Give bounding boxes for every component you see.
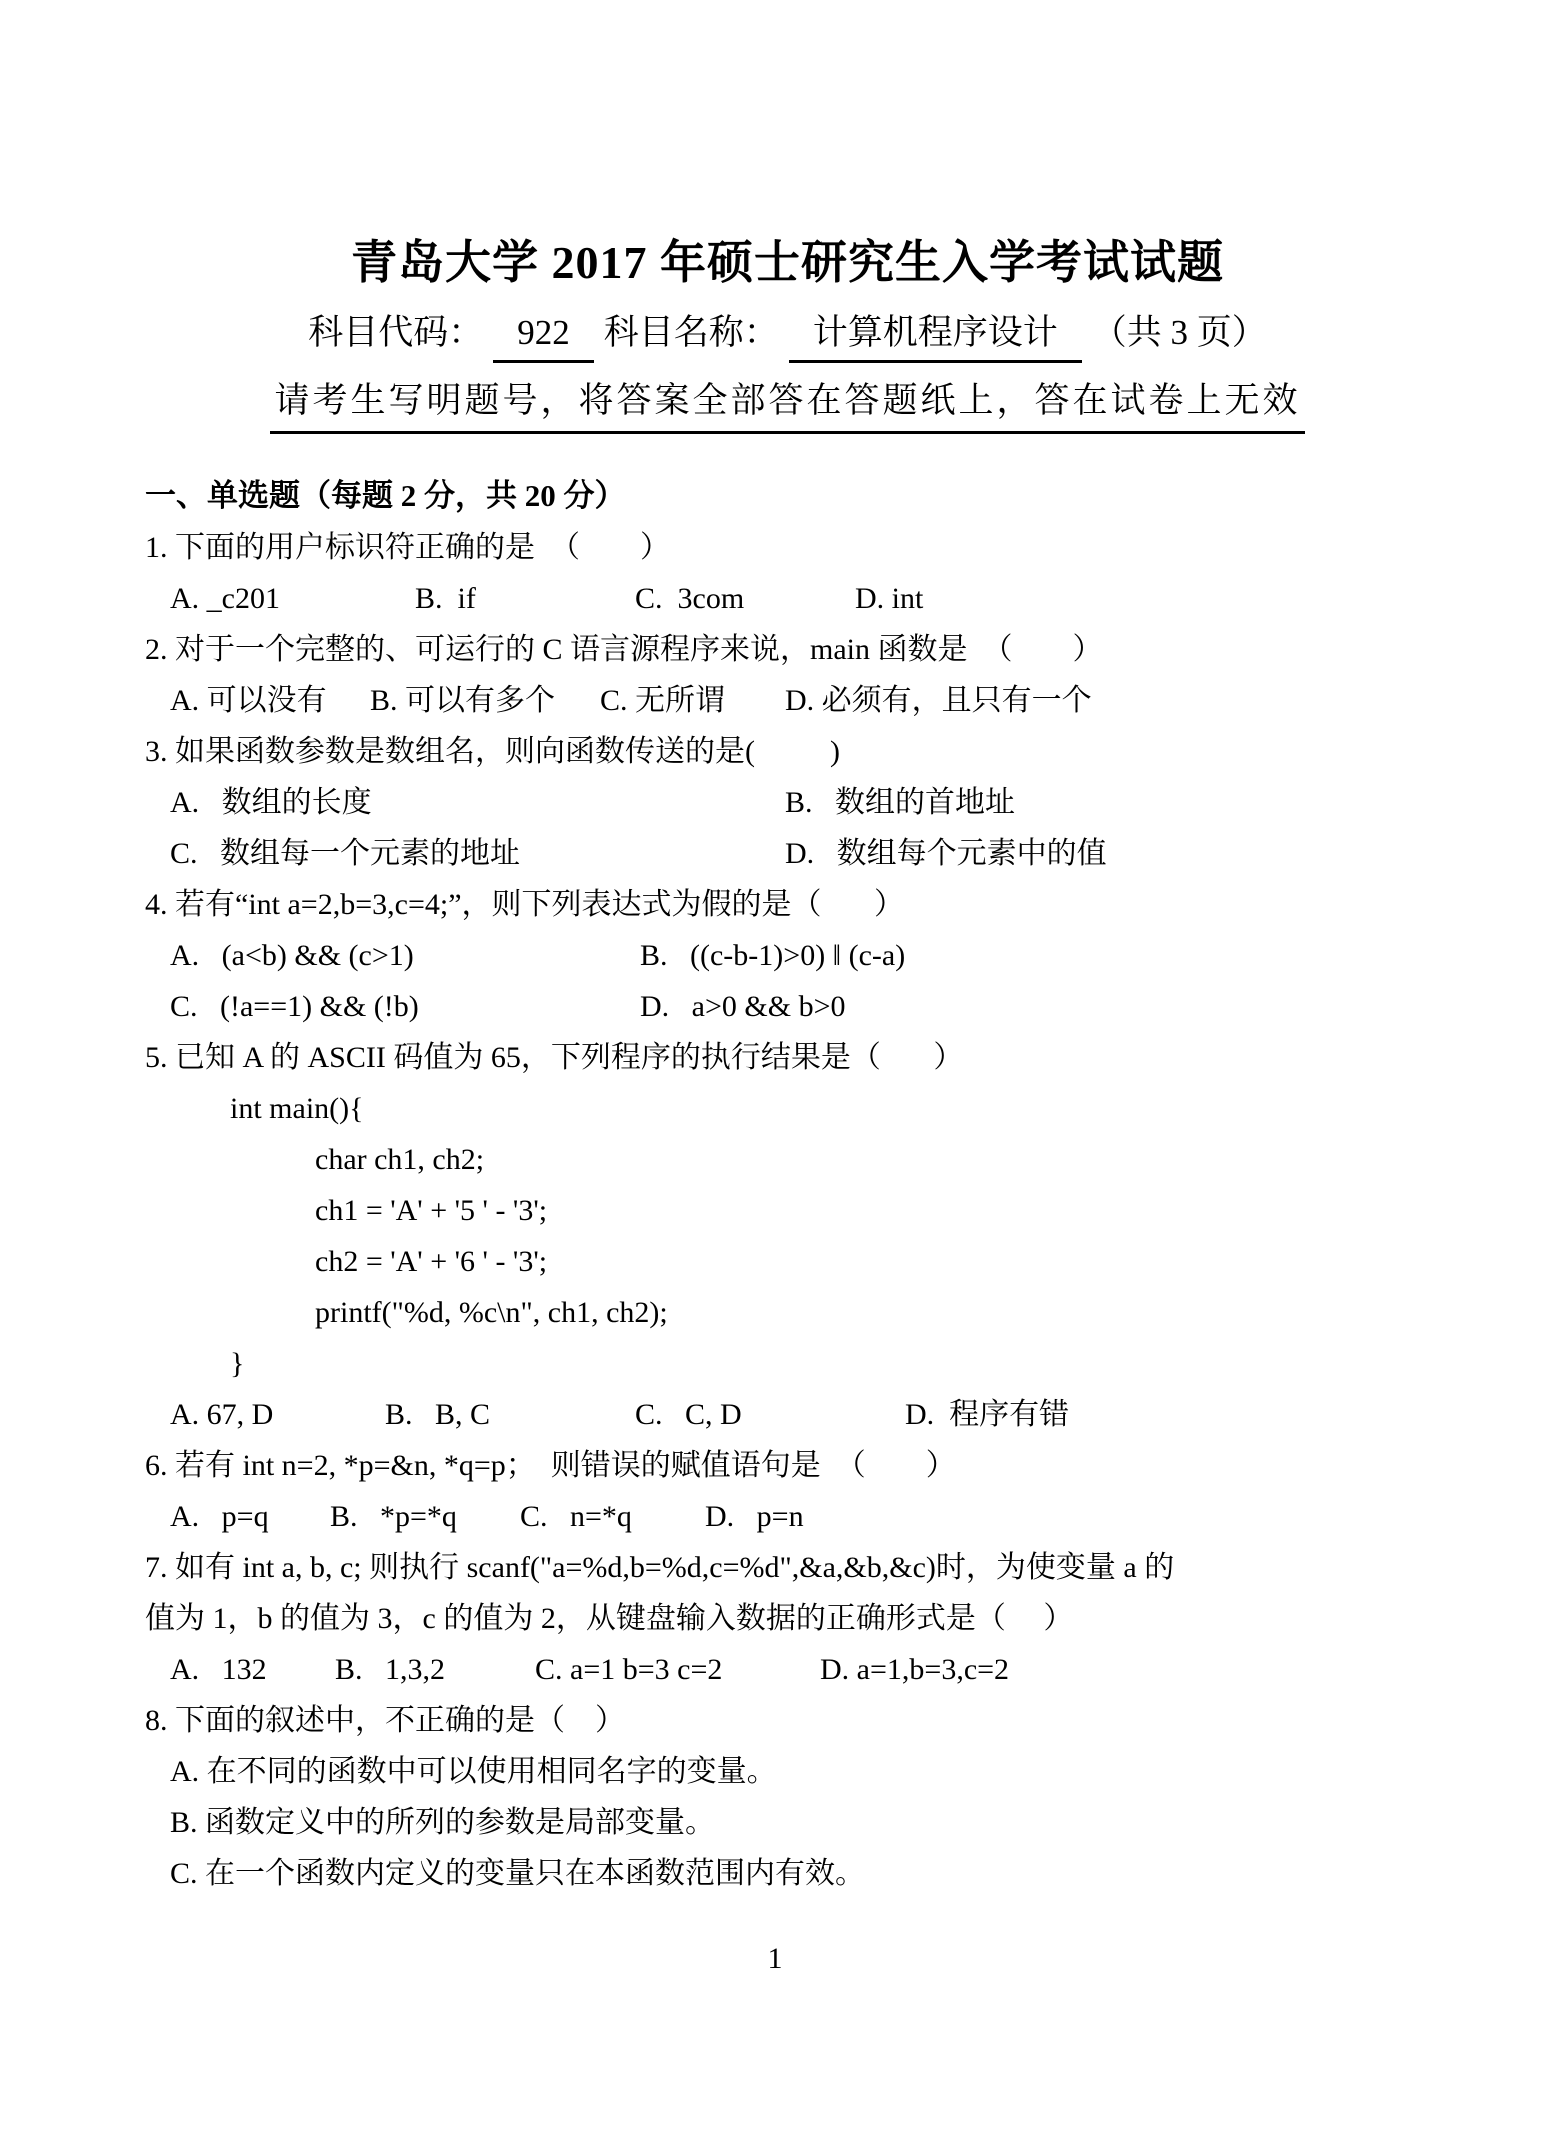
section-heading: 一、单选题（每题 2 分，共 20 分） [145,470,1430,522]
option-b: B. ((c-b-1)>0) ‖ (c-a) [640,930,1430,981]
question-6: 6. 若有 int n=2, *p=&n, *q=p； 则错误的赋值语句是 （ … [145,1440,1430,1542]
question-4-stem: 4. 若有“int a=2,b=3,c=4;”，则下列表达式为假的是（ ） [145,879,1430,930]
question-2-options: A. 可以没有 B. 可以有多个 C. 无所谓 D. 必须有，且只有一个 [145,675,1430,726]
code-line: ch2 = 'A' + '6 ' - '3'; [315,1236,1430,1287]
question-4: 4. 若有“int a=2,b=3,c=4;”，则下列表达式为假的是（ ） A.… [145,879,1430,1032]
question-2-stem: 2. 对于一个完整的、可运行的 C 语言源程序来说，main 函数是 （ ） [145,624,1430,675]
page-number: 1 [0,1942,1550,1976]
subject-name-value: 计算机程序设计 [789,308,1082,363]
option-c: C. 在一个函数内定义的变量只在本函数范围内有效。 [170,1848,1430,1899]
option-d: D. p=n [705,1491,804,1542]
option-c: C. 无所谓 [600,675,785,726]
option-a: A. _c201 [170,573,415,624]
option-a: A. 132 [170,1644,335,1695]
option-c: C. C, D [635,1389,905,1440]
option-a: A. 可以没有 [170,675,370,726]
option-d: D. 数组每个元素中的值 [785,828,1430,879]
pages-note: （共 3 页） [1092,313,1267,352]
question-8: 8. 下面的叙述中，不正确的是（ ） A. 在不同的函数中可以使用相同名字的变量… [145,1695,1430,1899]
question-7: 7. 如有 int a, b, c; 则执行 scanf("a=%d,b=%d,… [145,1542,1430,1695]
question-1: 1. 下面的用户标识符正确的是 （ ） A. _c201 B. if C. 3c… [145,522,1430,624]
option-d: D. 必须有，且只有一个 [785,675,1092,726]
option-d: D. 程序有错 [905,1389,1069,1440]
option-b: B. 1,3,2 [335,1644,535,1695]
option-d: D. a>0 && b>0 [640,981,1430,1032]
question-8-stem: 8. 下面的叙述中，不正确的是（ ） [145,1695,1430,1746]
code-line: int main(){ [230,1083,1430,1134]
option-a: A. 在不同的函数中可以使用相同名字的变量。 [170,1746,1430,1797]
question-7-options: A. 132 B. 1,3,2 C. a=1 b=3 c=2 D. a=1,b=… [145,1644,1430,1695]
subject-name-label: 科目名称： [604,313,779,352]
code-line: } [230,1338,1430,1389]
question-6-options: A. p=q B. *p=*q C. n=*q D. p=n [145,1491,1430,1542]
option-b: B. *p=*q [330,1491,520,1542]
question-7-stem-line-2: 值为 1，b 的值为 3，c 的值为 2，从键盘输入数据的正确形式是（ ） [145,1593,1430,1644]
question-5-options: A. 67, D B. B, C C. C, D D. 程序有错 [145,1389,1430,1440]
option-b: B. 函数定义中的所列的参数是局部变量。 [170,1797,1430,1848]
subject-line: 科目代码：922科目名称：计算机程序设计（共 3 页） [145,308,1430,363]
option-b: B. if [415,573,635,624]
option-a: A. p=q [170,1491,330,1542]
code-block: int main(){ char ch1, ch2; ch1 = 'A' + '… [145,1083,1430,1389]
option-b: B. 数组的首地址 [785,777,1430,828]
option-c: C. 3com [635,573,855,624]
exam-notice-text: 请考生写明题号，将答案全部答在答题纸上，答在试卷上无效 [270,377,1304,434]
exam-notice: 请考生写明题号，将答案全部答在答题纸上，答在试卷上无效 [145,377,1430,434]
question-1-options: A. _c201 B. if C. 3com D. int [145,573,1430,624]
question-3: 3. 如果函数参数是数组名，则向函数传送的是( ) A. 数组的长度 B. 数组… [145,726,1430,879]
page-title: 青岛大学 2017 年硕士研究生入学考试试题 [145,232,1430,294]
question-3-options: A. 数组的长度 B. 数组的首地址 C. 数组每一个元素的地址 D. 数组每个… [145,777,1430,879]
question-1-stem: 1. 下面的用户标识符正确的是 （ ） [145,522,1430,573]
option-a: A. 数组的长度 [170,777,785,828]
option-d: D. a=1,b=3,c=2 [820,1644,1009,1695]
option-a: A. 67, D [170,1389,385,1440]
option-b: B. 可以有多个 [370,675,600,726]
subject-code-value: 922 [493,308,594,363]
option-a: A. (a<b) && (c>1) [170,930,640,981]
option-c: C. 数组每一个元素的地址 [170,828,785,879]
code-line: ch1 = 'A' + '5 ' - '3'; [315,1185,1430,1236]
exam-page: 青岛大学 2017 年硕士研究生入学考试试题 科目代码：922科目名称：计算机程… [0,0,1550,2150]
question-7-stem-line-1: 7. 如有 int a, b, c; 则执行 scanf("a=%d,b=%d,… [145,1542,1430,1593]
question-3-stem: 3. 如果函数参数是数组名，则向函数传送的是( ) [145,726,1430,777]
question-2: 2. 对于一个完整的、可运行的 C 语言源程序来说，main 函数是 （ ） A… [145,624,1430,726]
option-b: B. B, C [385,1389,635,1440]
question-5-stem: 5. 已知 A 的 ASCII 码值为 65，下列程序的执行结果是（ ） [145,1032,1430,1083]
question-8-options: A. 在不同的函数中可以使用相同名字的变量。 B. 函数定义中的所列的参数是局部… [145,1746,1430,1899]
question-6-stem: 6. 若有 int n=2, *p=&n, *q=p； 则错误的赋值语句是 （ … [145,1440,1430,1491]
option-c: C. (!a==1) && (!b) [170,981,640,1032]
code-line: char ch1, ch2; [315,1134,1430,1185]
subject-code-label: 科目代码： [308,313,483,352]
code-line: printf("%d, %c\n", ch1, ch2); [315,1287,1430,1338]
option-c: C. n=*q [520,1491,705,1542]
option-d: D. int [855,573,923,624]
question-5: 5. 已知 A 的 ASCII 码值为 65，下列程序的执行结果是（ ） int… [145,1032,1430,1440]
question-4-options: A. (a<b) && (c>1) B. ((c-b-1)>0) ‖ (c-a)… [145,930,1430,1032]
option-c: C. a=1 b=3 c=2 [535,1644,820,1695]
exam-content: 青岛大学 2017 年硕士研究生入学考试试题 科目代码：922科目名称：计算机程… [0,0,1550,1899]
